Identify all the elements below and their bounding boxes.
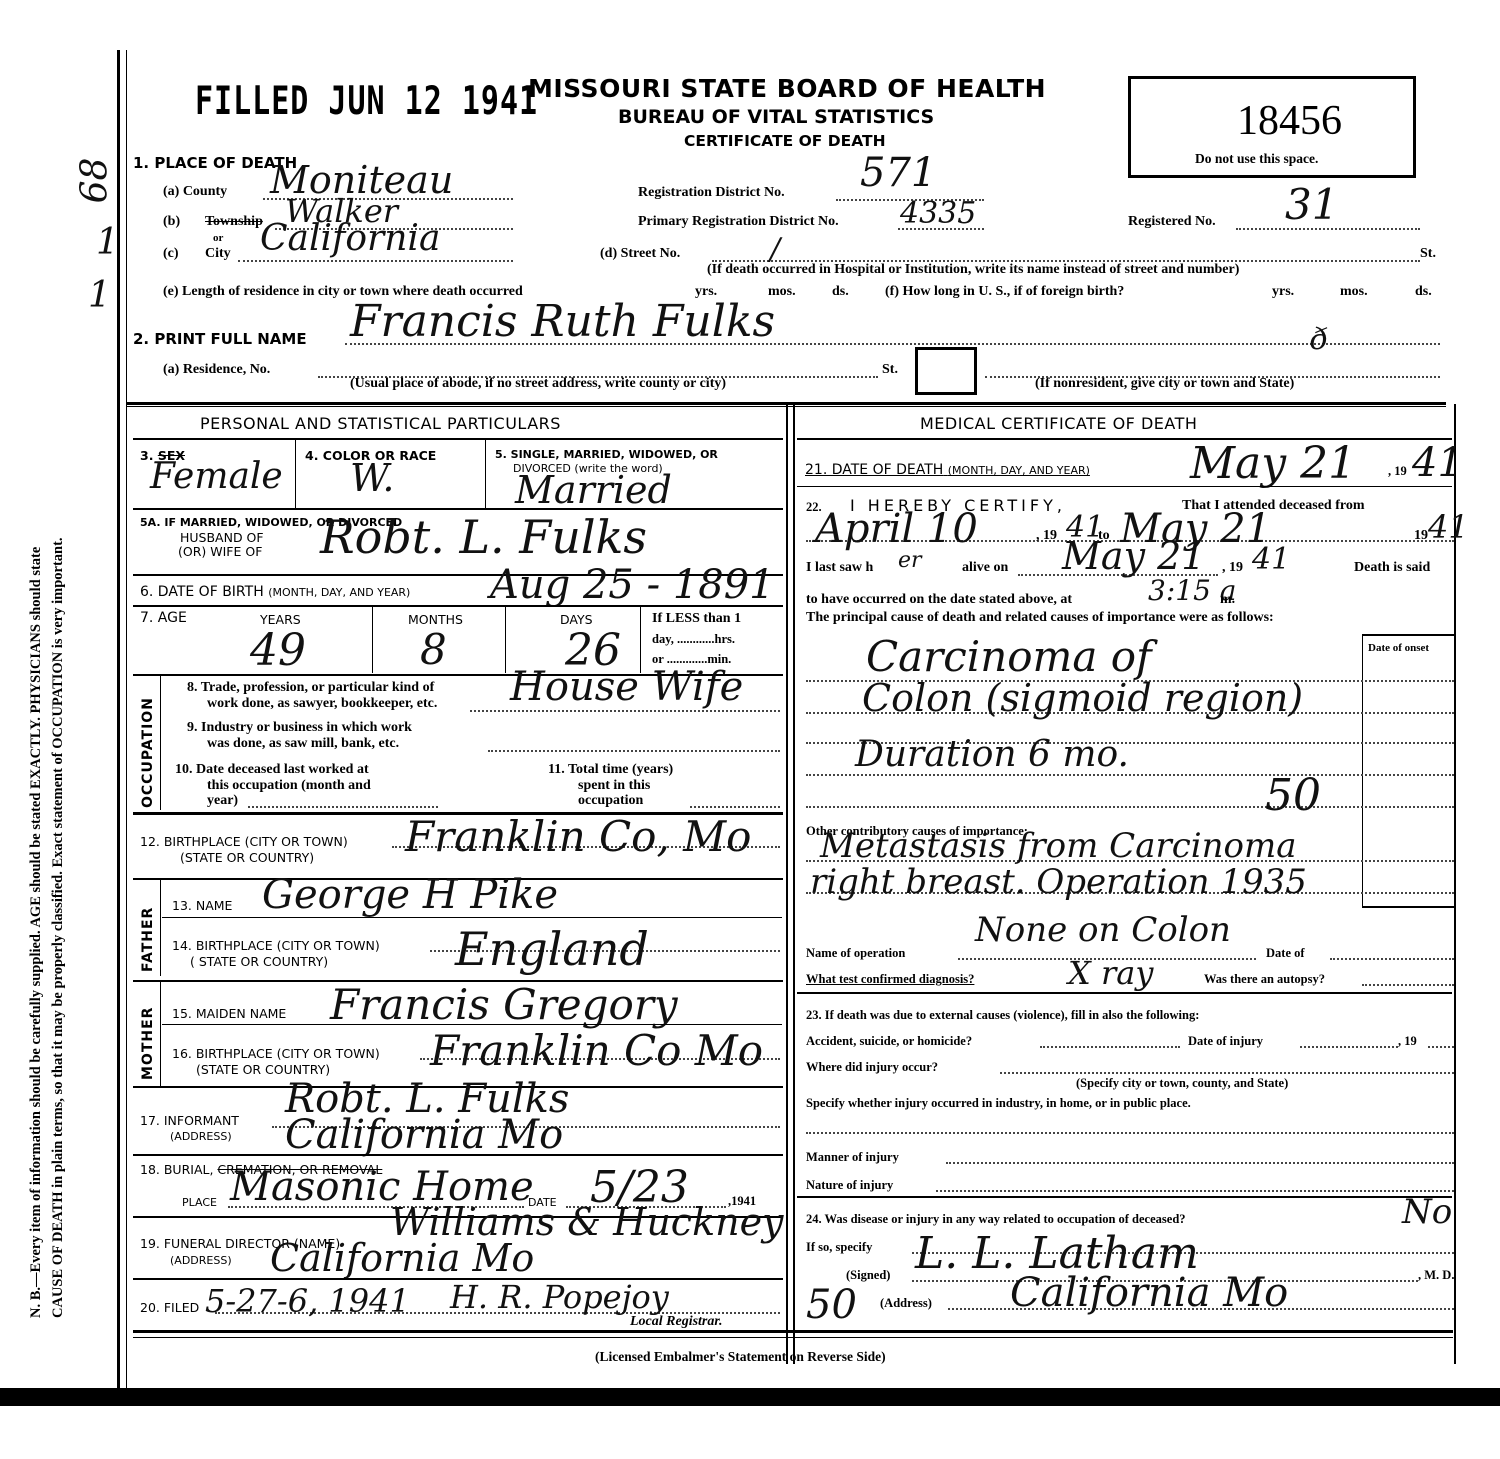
age-years-field[interactable]: 49 (250, 625, 306, 676)
totaltime-line (690, 806, 780, 808)
manner-label: Manner of injury (806, 1150, 899, 1165)
birthplace-field[interactable]: Franklin Co, Mo (405, 812, 751, 861)
spouse-field[interactable]: Robt. L. Fulks (320, 510, 647, 564)
address-field[interactable]: California Mo (1010, 1270, 1288, 1316)
informant-bottom (133, 1154, 783, 1156)
residence-note: (Usual place of abode, if no street addr… (350, 376, 726, 392)
diagnosis-bottom (797, 992, 1452, 994)
onset-label: Date of onset (1368, 642, 1429, 654)
md-label: , M. D. (1418, 1268, 1454, 1283)
right-border (1454, 404, 1456, 1364)
primary-district-field[interactable]: 4335 (900, 196, 976, 231)
test-field[interactable]: X ray (1068, 954, 1153, 992)
father-bp-label-2: ( STATE OR COUNTRY) (190, 954, 328, 969)
injury-date-line (1300, 1046, 1398, 1048)
specify-line (806, 1132, 1454, 1134)
industry-label-2: was done, as saw mill, bank, etc. (207, 736, 399, 752)
dod-bottom (797, 486, 1452, 487)
operation-date-label: Date of (1266, 946, 1305, 961)
lastworked-line (248, 806, 438, 808)
operation-date-line (1330, 958, 1454, 960)
autopsy-label: Was there an autopsy? (1204, 972, 1325, 987)
medical-section-title: MEDICAL CERTIFICATE OF DEATH (920, 414, 1197, 433)
age-sep-1 (372, 607, 373, 673)
hospital-note: (If death occurred in Hospital or Instit… (707, 262, 1239, 278)
residence-checkbox[interactable] (915, 347, 977, 395)
specify-label: Specify whether injury occurred in indus… (806, 1096, 1191, 1111)
full-name-label: 2. PRINT FULL NAME (133, 330, 307, 348)
from-field[interactable]: April 10 (815, 506, 978, 552)
city-prefix: (c) (163, 246, 179, 262)
full-name-field[interactable]: Francis Ruth Fulks (350, 296, 775, 347)
industry-line (488, 750, 780, 752)
filed-stamp: FILLED JUN 12 1941 (195, 79, 538, 125)
margin-code-68: 68 (74, 158, 115, 204)
primary-district-label: Primary Registration District No. (638, 214, 839, 230)
autopsy-line (1362, 984, 1454, 986)
birthplace-label-1: 12. BIRTHPLACE (CITY OR TOWN) (140, 834, 348, 849)
lastsaw-label: I last saw h (806, 560, 873, 576)
mother-name-bottom (162, 1024, 782, 1025)
margin-code-1a: 1 (96, 222, 119, 263)
totaltime-label-2: spent in this (578, 778, 650, 794)
row3-sep-2 (485, 440, 486, 508)
birthplace-label-2: (STATE OR COUNTRY) (180, 850, 314, 865)
mother-name-field[interactable]: Francis Gregory (330, 980, 678, 1029)
father-side-label: FATHER (140, 907, 156, 972)
father-name-label: 13. NAME (172, 898, 232, 913)
occupation-side-rule (160, 676, 161, 810)
onset-bottom-rule (1362, 906, 1454, 908)
dod-label-small: (MONTH, DAY, AND YEAR) (948, 464, 1090, 477)
certificate-number: 18456 (1237, 97, 1342, 145)
injury-year-line (1428, 1046, 1454, 1048)
sex-field[interactable]: Female (150, 456, 283, 497)
occ-related-label: 24. Was disease or injury in any way rel… (806, 1212, 1186, 1227)
dob-label-text: 6. DATE OF BIRTH (140, 584, 264, 600)
less-label-1: If LESS than 1 (652, 611, 741, 627)
onset-column-rule (1362, 634, 1363, 906)
registered-no-label: Registered No. (1128, 214, 1216, 230)
margin-50: 50 (806, 1282, 857, 1328)
accident-label: Accident, suicide, or homicide? (806, 1034, 972, 1049)
cause-field-2[interactable]: Colon (sigmoid region) (862, 676, 1303, 720)
name-margin-mark: ð (1310, 322, 1328, 357)
totaltime-label-3: occupation (578, 793, 643, 809)
street-label: (d) Street No. (600, 246, 680, 262)
office-use-box: 18456 Do not use this space. (1128, 76, 1416, 178)
burial-place-label: PLACE (182, 1196, 217, 1209)
registered-no-field[interactable]: 31 (1285, 180, 1338, 229)
residence-label: (a) Residence, No. (163, 362, 270, 378)
mother-name-label: 15. MAIDEN NAME (172, 1006, 286, 1021)
father-name-field[interactable]: George H Pike (262, 872, 558, 918)
city-field-line (238, 260, 513, 262)
alive-label: alive on (962, 560, 1008, 576)
funeral-address-label: (ADDRESS) (170, 1254, 232, 1267)
death-said-label: Death is said (1354, 560, 1430, 576)
cause-intro: The principal cause of death and related… (806, 610, 1274, 626)
to-year-field[interactable]: 41 (1428, 508, 1469, 546)
injury-date-label: Date of injury (1188, 1034, 1263, 1049)
dob-label: 6. DATE OF BIRTH (MONTH, DAY, AND YEAR) (140, 584, 410, 600)
margin-note-line2: CAUSE OF DEATH in plain terms, so that i… (50, 537, 67, 1318)
occ-related-field[interactable]: No (1402, 1192, 1452, 1232)
where-label: Where did injury occur? (806, 1060, 938, 1075)
trade-line (470, 710, 780, 712)
registrar-label: Local Registrar. (630, 1314, 723, 1330)
foreign-yrs: yrs. (1272, 284, 1294, 300)
or-label: or (213, 232, 223, 244)
dod-field[interactable]: May 21 (1190, 438, 1356, 489)
address-label: (Address) (880, 1296, 932, 1311)
county-label: (a) County (163, 184, 227, 200)
age-label: 7. AGE (140, 610, 187, 626)
alive-field[interactable]: May 21 (1062, 534, 1205, 578)
mother-side-label: MOTHER (140, 1007, 156, 1080)
lastsaw-her-field[interactable]: er (898, 548, 922, 573)
totaltime-label-1: 11. Total time (years) (548, 762, 673, 778)
form-name: CERTIFICATE OF DEATH (684, 132, 886, 150)
less-label-2: day, ............hrs. (652, 632, 735, 647)
foreign-mos: mos. (1340, 284, 1368, 300)
dob-label-small: (MONTH, DAY, AND YEAR) (268, 586, 410, 599)
township-label: Township (205, 214, 263, 230)
form-bottom-rule (133, 1330, 1453, 1333)
dod-label-text: 21. DATE OF DEATH (805, 462, 943, 478)
funeral-address-field[interactable]: California Mo (270, 1236, 534, 1280)
city-field[interactable]: California (260, 218, 440, 259)
registration-district-label: Registration District No. (638, 185, 785, 201)
dod-year-prefix: , 19 (1388, 464, 1407, 479)
row6-bottom (133, 605, 783, 607)
res-ds: ds. (832, 284, 849, 300)
age-months-field[interactable]: 8 (420, 625, 447, 674)
father-bp-label-1: 14. BIRTHPLACE (CITY OR TOWN) (172, 938, 380, 953)
injury-bottom (797, 1196, 1452, 1198)
foreign-ds: ds. (1415, 284, 1432, 300)
personal-title-rule (133, 438, 783, 440)
form-title: MISSOURI STATE BOARD OF HEALTH (528, 74, 1046, 103)
nature-line (936, 1190, 1454, 1192)
ifso-label: If so, specify (806, 1240, 872, 1255)
office-use-note: Do not use this space. (1195, 151, 1318, 167)
personal-section-title: PERSONAL AND STATISTICAL PARTICULARS (200, 414, 561, 433)
center-divider-a (786, 404, 788, 1364)
margin-code-1b: 1 (88, 275, 111, 316)
dod-year-field[interactable]: 41 (1412, 440, 1463, 486)
signed-label: (Signed) (846, 1268, 890, 1283)
dob-field[interactable]: Aug 25 - 1891 (490, 562, 775, 608)
spouse-label-3: (OR) WIFE OF (178, 544, 262, 559)
filed-label: 20. FILED (140, 1300, 199, 1315)
form-subtitle: BUREAU OF VITAL STATISTICS (618, 106, 934, 128)
operation-label: Name of operation (806, 946, 905, 961)
informant-label: 17. INFORMANT (140, 1113, 239, 1128)
cause-line-5 (806, 806, 1454, 808)
trade-label-1: 8. Trade, profession, or particular kind… (187, 680, 434, 696)
row3-sep-1 (295, 440, 296, 508)
injury-year: , 19 (1398, 1034, 1417, 1049)
form-left-rule (126, 50, 127, 1405)
city-label: City (205, 246, 231, 262)
form-bottom-rule-2 (133, 1337, 1453, 1338)
street-suffix: St. (1420, 246, 1436, 262)
father-name-bottom (162, 917, 782, 918)
mother-bp-label-2: (STATE OR COUNTRY) (196, 1062, 330, 1077)
mother-bp-field[interactable]: Franklin Co Mo (430, 1026, 763, 1075)
mother-bp-label-1: 16. BIRTHPLACE (CITY OR TOWN) (172, 1046, 380, 1061)
accident-line (1040, 1046, 1180, 1048)
spouse-label-2: HUSBAND OF (180, 530, 264, 545)
onset-top-rule (1362, 634, 1454, 636)
margin-note-line1: N. B.—Every item of information should b… (28, 547, 45, 1318)
operation-field[interactable]: None on Colon (975, 910, 1231, 950)
marital-label-1: 5. SINGLE, MARRIED, WIDOWED, OR (495, 448, 718, 461)
race-field[interactable]: W. (350, 456, 395, 500)
mother-side-rule (160, 982, 161, 1086)
where-line (1000, 1072, 1454, 1074)
test-label: What test confirmed diagnosis? (806, 972, 974, 987)
lastworked-label-1: 10. Date deceased last worked at (175, 762, 369, 778)
trade-field[interactable]: House Wife (510, 664, 743, 710)
lastworked-label-2: this occupation (month and (207, 778, 371, 794)
cause-field-3[interactable]: Duration 6 mo. (855, 734, 1129, 775)
alive-year-field[interactable]: 41 (1252, 542, 1290, 577)
cause-field-1[interactable]: Carcinoma of (866, 632, 1152, 681)
foreign-label: (f) How long in U. S., if of foreign bir… (885, 284, 1124, 300)
registrar-field[interactable]: H. R. Popejoy (450, 1278, 669, 1316)
other-cause-field-2[interactable]: right breast. Operation 1935 (810, 862, 1307, 902)
to-year-prefix: 19 (1414, 528, 1428, 544)
registration-district-field[interactable]: 571 (860, 150, 936, 196)
industry-label-1: 9. Industry or business in which work (187, 720, 412, 736)
father-bp-field[interactable]: England (455, 922, 649, 976)
from-year-prefix: , 19 (1036, 528, 1057, 544)
nonresident-note: (If nonresident, give city or town and S… (1035, 376, 1294, 392)
father-side-rule (160, 880, 161, 976)
other-cause-field-1[interactable]: Metastasis from Carcinoma (820, 826, 1297, 866)
manner-line (946, 1162, 1454, 1164)
embalmer-note: (Licensed Embalmer's Statement on Revers… (595, 1349, 886, 1365)
occupation-side-label: OCCUPATION (140, 697, 156, 808)
dod-label: 21. DATE OF DEATH (MONTH, DAY, AND YEAR) (805, 462, 1090, 478)
occurred-label: to have occurred on the date stated abov… (806, 592, 1072, 608)
informant-address-label: (ADDRESS) (170, 1130, 232, 1143)
township-prefix: (b) (163, 214, 180, 230)
center-divider-b (793, 404, 795, 1364)
age-sep-2 (505, 607, 506, 673)
external-causes-label: 23. If death was due to external causes … (806, 1008, 1199, 1023)
filed-field[interactable]: 5-27-6, 1941 (205, 1282, 410, 1320)
lastworked-label-3: year) (207, 793, 238, 809)
bottom-black-band (0, 1388, 1500, 1406)
where-note: (Specify city or town, county, and State… (1076, 1076, 1288, 1091)
cause-field-4[interactable]: 50 (1265, 770, 1321, 821)
residence-suffix: St. (882, 362, 898, 378)
trade-label-2: work done, as sawyer, bookkeeper, etc. (207, 696, 437, 712)
nature-label: Nature of injury (806, 1178, 893, 1193)
marital-field[interactable]: Married (515, 468, 672, 512)
informant-address-field[interactable]: California Mo (285, 1112, 563, 1158)
m-label: m. (1220, 592, 1235, 608)
